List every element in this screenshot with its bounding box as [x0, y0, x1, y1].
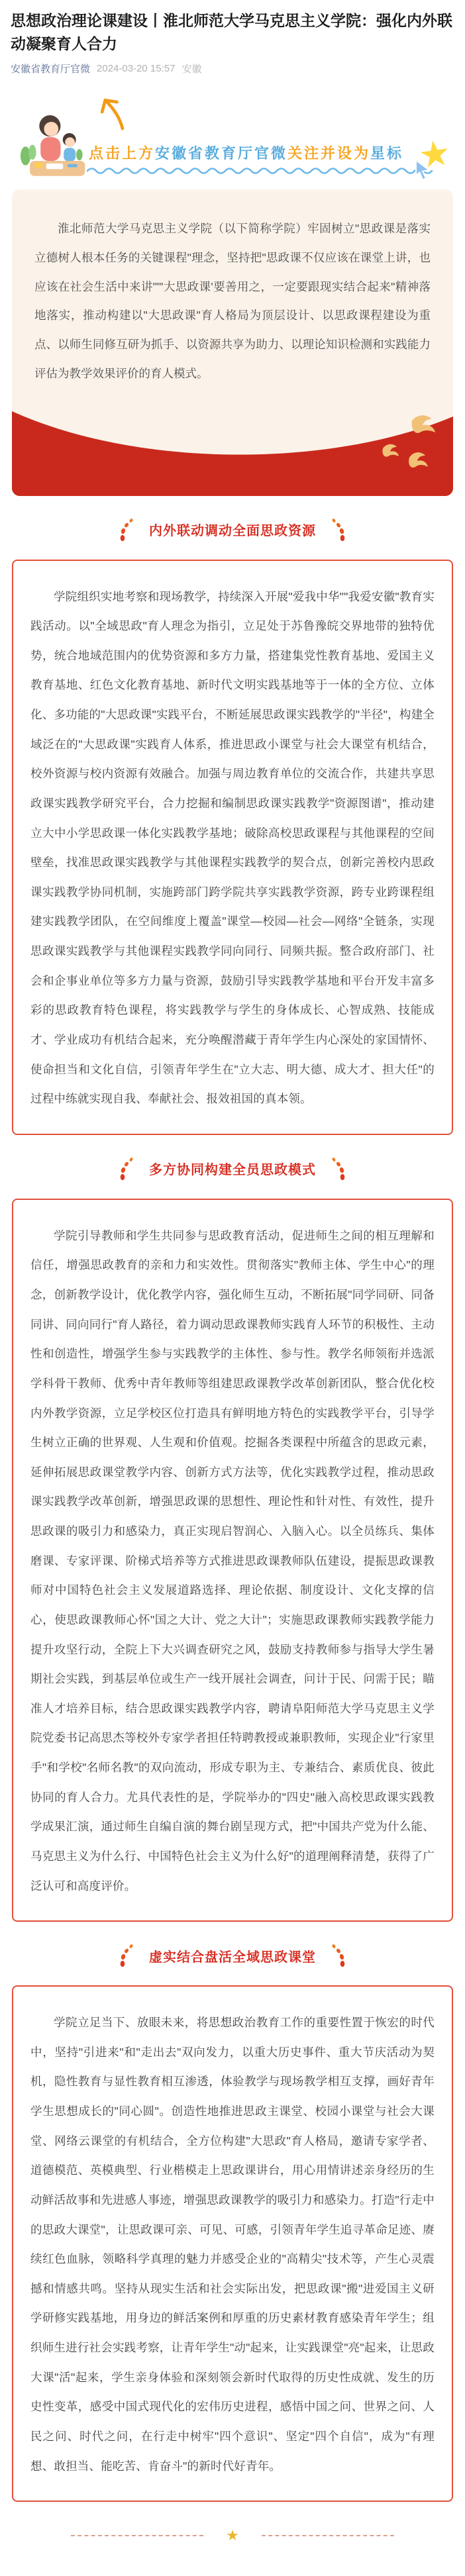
star-icon: ★	[226, 2528, 239, 2543]
doves-icon	[371, 414, 444, 487]
account-name-link[interactable]: 安徽省教育厅官微	[11, 62, 90, 75]
section-heading-2: 多方协同构建全员思政模式	[0, 1156, 465, 1181]
section-box-3: 学院立足当下、放眼未来，将思想政治教育工作的重要性置于恢宏的时代中，坚持"引进来…	[12, 1985, 453, 2502]
page-title: 思想政治理论课建设丨淮北师范大学马克思主义学院：强化内外联动凝聚育人合力	[11, 9, 454, 55]
ornament-right-icon	[331, 517, 348, 542]
banner-click-text: 点击上方	[89, 145, 155, 162]
publish-date: 2024-03-20 15:57	[97, 63, 175, 74]
intro-card: 淮北师范大学马克思主义学院（以下简称学院）牢固树立"思政课是落实立德树人根本任务…	[12, 189, 453, 496]
wavy-underline	[86, 166, 437, 175]
footer-divider: ★	[20, 2528, 445, 2543]
ornament-right-icon	[331, 1156, 348, 1181]
intro-red-band	[12, 397, 453, 496]
ornament-right-icon	[331, 1943, 348, 1968]
intro-paragraph: 淮北师范大学马克思主义学院（以下简称学院）牢固树立"思政课是落实立德树人根本任务…	[12, 189, 453, 397]
section-heading-1: 内外联动调动全面思政资源	[0, 517, 465, 542]
follow-banner[interactable]: 点击上方安徽省教育厅官微关注并设为星标 ★	[4, 89, 461, 183]
section-title: 虚实结合盘活全域思政课堂	[149, 1946, 316, 1965]
section-title: 多方协同构建全员思政模式	[149, 1159, 316, 1178]
section-box-2: 学院引导教师和学生共同参与思政教育活动，促进师生之间的相互理解和信任，增强思政教…	[12, 1199, 453, 1922]
dashed-line	[71, 2535, 203, 2536]
byline: 安徽省教育厅官微 2024-03-20 15:57 安徽	[11, 62, 454, 75]
section-body: 学院立足当下、放眼未来，将思想政治教育工作的重要性置于恢宏的时代中，坚持"引进来…	[30, 2008, 435, 2481]
ornament-left-icon	[117, 1943, 134, 1968]
section-body: 学院引导教师和学生共同参与思政教育活动，促进师生之间的相互理解和信任，增强思政教…	[30, 1221, 435, 1901]
article-page: 思想政治理论课建设丨淮北师范大学马克思主义学院：强化内外联动凝聚育人合力 安徽省…	[0, 0, 465, 2576]
section-body: 学院组织实地考察和现场教学，持续深入开展"爱我中华""我爱安徽"教育实践活动。以…	[30, 582, 435, 1114]
dashed-line	[262, 2535, 394, 2536]
publish-location: 安徽	[181, 62, 201, 75]
ornament-left-icon	[117, 1156, 134, 1181]
banner-text: 点击上方安徽省教育厅官微关注并设为星标	[89, 142, 403, 163]
teacher-child-illustration	[20, 107, 89, 181]
ornament-left-icon	[117, 517, 134, 542]
hand-drawn-arrow-up-icon	[94, 91, 131, 132]
banner-account-text: 安徽省教育厅官微	[155, 145, 287, 162]
section-box-1: 学院组织实地考察和现场教学，持续深入开展"爱我中华""我爱安徽"教育实践活动。以…	[12, 560, 453, 1135]
section-title: 内外联动调动全面思政资源	[149, 520, 316, 539]
banner-star-text: 星标	[370, 145, 403, 162]
section-heading-3: 虚实结合盘活全域思政课堂	[0, 1943, 465, 1968]
banner-follow-text: 关注并设为	[287, 145, 370, 162]
cursor-icon	[413, 159, 433, 181]
